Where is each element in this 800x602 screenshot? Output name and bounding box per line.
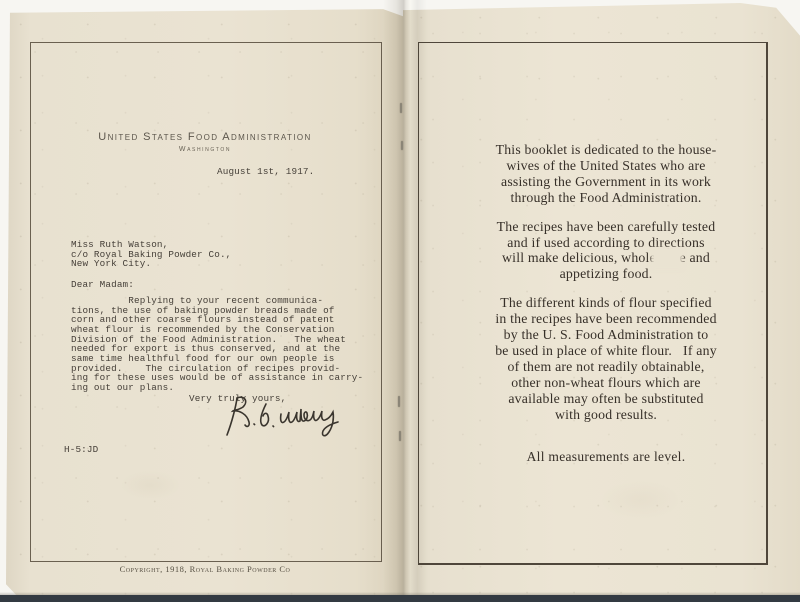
booklet-scan: United States Food Administration Washin… (0, 0, 800, 602)
staple-mark (401, 141, 403, 150)
salutation: Dear Madam: (71, 279, 134, 290)
staple-mark (399, 431, 401, 441)
letterhead-subtitle: Washington (30, 146, 380, 153)
reference-initials: H-5:JD (64, 444, 98, 455)
photo-bottom-edge (0, 595, 800, 602)
dedication-paragraph: The different kinds of flour specified i… (448, 295, 764, 422)
staple-mark (400, 103, 402, 113)
letterhead-title: United States Food Administration (30, 131, 380, 143)
measurements-note: All measurements are level. (448, 449, 764, 465)
staple-mark (398, 396, 400, 407)
scan-smudge (654, 251, 680, 266)
handwritten-signature (221, 394, 347, 442)
dedication-paragraph: This booklet is dedicated to the house- … (448, 142, 764, 206)
letter-body: Replying to your recent communica- tions… (71, 296, 373, 393)
dedication-paragraph: The recipes have been carefully tested a… (448, 219, 764, 283)
copyright-line: Copyright, 1918, Royal Baking Powder Co (30, 564, 380, 574)
letterhead: United States Food Administration Washin… (30, 131, 380, 153)
letter-date: August 1st, 1917. (217, 166, 314, 177)
recipient-address: Miss Ruth Watson, c/o Royal Baking Powde… (71, 240, 231, 269)
dedication-text: This booklet is dedicated to the house- … (448, 142, 764, 436)
